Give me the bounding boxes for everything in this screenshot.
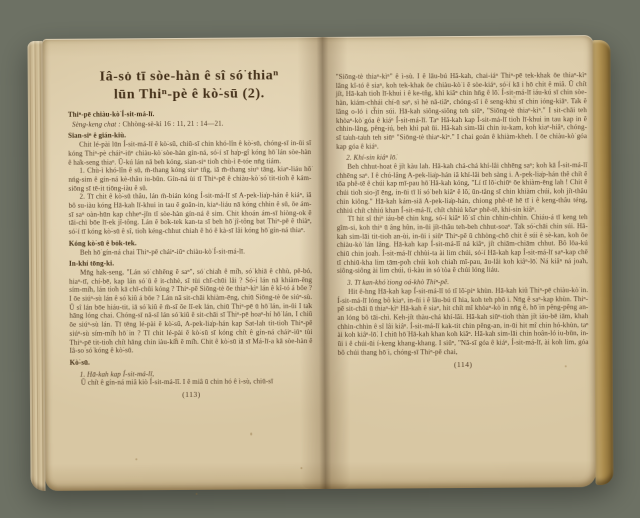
right-page: "Siōng-tè thiaⁿ-kìⁿ" ê ì-sù. I ê lāu-bú … — [336, 71, 589, 370]
book: Iâ-so͘ tī sòe-hàn ê sî só͘ thiaⁿ lūn Thi… — [27, 35, 613, 491]
motivation-paragraph: Mn̄g ha̍k-seng, "Lán só͘ chhēng ê saⁿ", … — [69, 267, 313, 356]
photo-background: Iâ-so͘ tī sòe-hàn ê sî só͘ thiaⁿ lūn Thi… — [0, 0, 640, 518]
purpose-paragraph: Beh hō͘ gín-ná chai Thiⁿ-pē cháiⁿ-iūⁿ ch… — [69, 247, 312, 257]
section2-paragraph-1: Beh chhut-hoat ê ji̍t kàu lah. Hā-kah ch… — [336, 161, 587, 215]
story-item1-paragraph: Ū chi̍t ê gín-ná miâ kiò Í-sit-má-lī. I … — [70, 377, 313, 387]
lesson-title-line2: lūn Thiⁿ-pè ê kò͘-sū (2). — [68, 85, 311, 104]
scripture-ref: Chhòng-sè-kì 16 : 11, 21 : 14—21. — [122, 119, 223, 128]
study-intro-paragraph: Chit lé-pài lūn Í-sit-má-lī ê kò͘-sū, ch… — [68, 139, 311, 167]
continuation-paragraph: "Siōng-tè thiaⁿ-kìⁿ" ê ì-sù. I ê lāu-bú … — [336, 71, 588, 151]
section2-paragraph-2: Tī hit sî thiⁿ iáu-bē chin kng, só͘-í ki… — [337, 213, 588, 276]
foxing-spot — [300, 467, 302, 469]
book-fore-edge — [592, 40, 613, 485]
foxing-spot — [250, 432, 252, 435]
story-heading: Kò͘-sū. — [70, 357, 313, 367]
left-page-number: (113) — [70, 390, 313, 400]
foxing-spot — [196, 493, 198, 495]
caretaker-heading: Thiⁿ-pē chiàu-kò͘ Í-sit-má-lī. — [68, 109, 311, 119]
study-point-1: 1. Chù-ì khó-lîn ê sū, m̄-thang kóng siu… — [68, 165, 311, 193]
foxing-spot — [135, 458, 137, 460]
lesson-title: Iâ-so͘ tī sòe-hàn ê sî só͘ thiaⁿ lūn Thi… — [68, 67, 311, 104]
open-pages: Iâ-so͘ tī sòe-hàn ê sî só͘ thiaⁿ lūn Thi… — [42, 35, 596, 491]
section3-paragraph-1: Hit ê-hng Hā-kah kap Í-sit-má-lī tó tī l… — [337, 286, 588, 357]
scripture-reference: Sèng-keng chat : Chhòng-sè-kì 16 : 11, 2… — [68, 119, 311, 129]
scripture-label: Sèng-keng chat : — [72, 120, 121, 128]
right-page-number: (114) — [338, 360, 589, 370]
study-point-2: 2. Tī chit ê kò͘-sū thâu, lán m̄-bián kó… — [69, 191, 312, 236]
left-page: Iâ-so͘ tī sòe-hàn ê sî só͘ thiaⁿ lūn Thi… — [68, 67, 313, 400]
lesson-title-line1: Iâ-so͘ tī sòe-hàn ê sî só͘ thiaⁿ — [68, 67, 311, 86]
